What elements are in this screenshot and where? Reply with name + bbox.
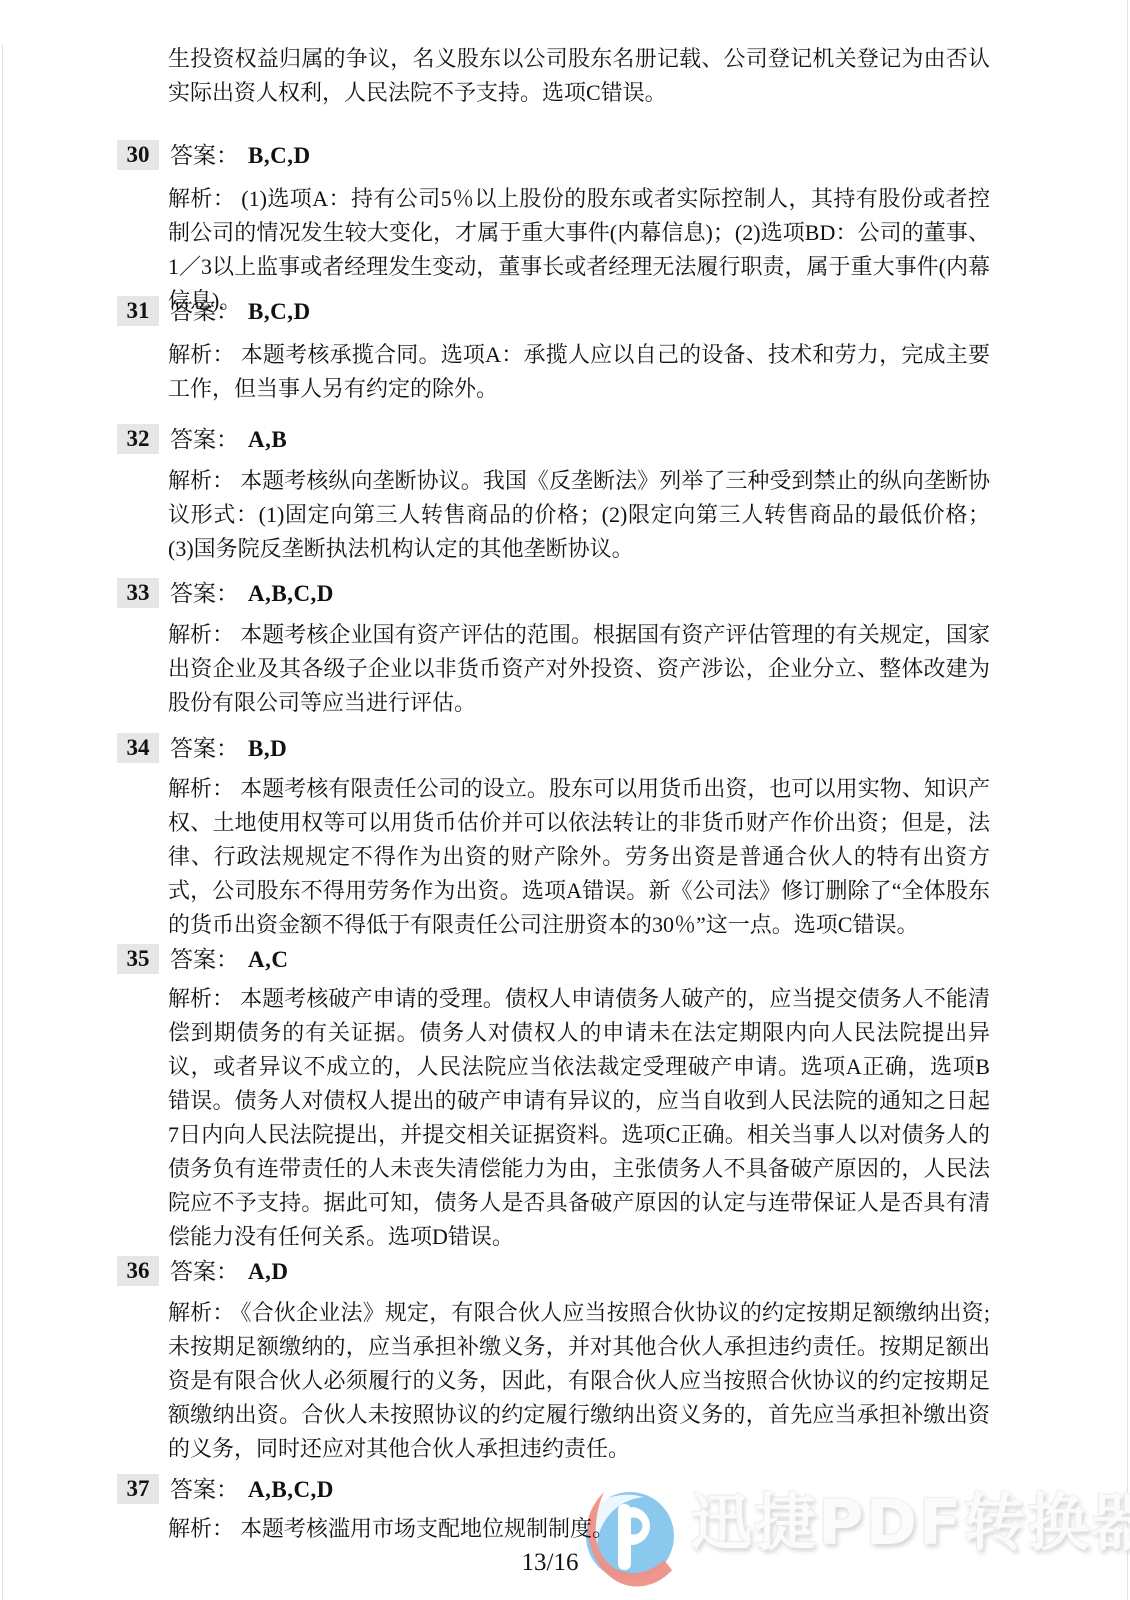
answer-value: B,C,D [248, 143, 311, 168]
answer-label: 答案： [170, 143, 239, 168]
question-number-badge: 35 [117, 944, 159, 974]
answer-line: 答案：B,C,D [170, 141, 311, 171]
analysis-text: 《合伙企业法》规定，有限合伙人应当按照合伙协议的约定按期足额缴纳出资;未按期足额… [168, 1300, 990, 1461]
analysis-paragraph-37: 解析：本题考核滥用市场支配地位规制制度。 [168, 1512, 990, 1546]
analysis-paragraph-36: 解析：《合伙企业法》规定，有限合伙人应当按照合伙协议的约定按期足额缴纳出资;未按… [168, 1296, 990, 1466]
analysis-paragraph-34: 解析：本题考核有限责任公司的设立。股东可以用货币出资，也可以用实物、知识产权、土… [168, 772, 990, 942]
analysis-label: 解析： [168, 1516, 234, 1541]
answer-value: A,C [248, 947, 288, 972]
answer-line: 答案：A,B,C,D [170, 1475, 334, 1505]
analysis-label: 解析： [168, 342, 235, 367]
analysis-paragraph-35: 解析：本题考核破产申请的受理。债权人申请债务人破产的，应当提交债务人不能清偿到期… [168, 982, 990, 1254]
answer-label: 答案： [170, 947, 239, 972]
page-number: 13/16 [465, 1548, 635, 1578]
answer-row-30: 30 答案：B,C,D [0, 140, 1130, 172]
answer-label: 答案： [170, 1259, 239, 1284]
answer-value: B,C,D [248, 299, 311, 324]
answer-label: 答案： [170, 736, 239, 761]
analysis-label: 解析： [168, 468, 234, 493]
answer-value: A,B,C,D [248, 1477, 334, 1502]
analysis-text: (1)选项A：持有公司5％以上股份的股东或者实际控制人，其持有股份或者控制公司的… [168, 186, 990, 313]
analysis-text: 本题考核企业国有资产评估的范围。根据国有资产评估管理的有关规定，国家出资企业及其… [168, 622, 990, 715]
answer-row-34: 34 答案：B,D [0, 733, 1130, 765]
analysis-text: 本题考核纵向垄断协议。我国《反垄断法》列举了三种受到禁止的纵向垄断协议形式：(1… [168, 468, 990, 561]
answer-row-32: 32 答案：A,B [0, 424, 1130, 456]
analysis-label: 解析： [168, 1300, 235, 1325]
continuation-paragraph: 生投资权益归属的争议，名义股东以公司股东名册记载、公司登记机关登记为由否认实际出… [168, 42, 990, 110]
answer-label: 答案： [170, 1477, 239, 1502]
question-number-badge: 36 [117, 1256, 159, 1286]
answer-label: 答案： [170, 427, 239, 452]
analysis-label: 解析： [168, 622, 234, 647]
question-number-badge: 31 [117, 296, 159, 326]
answer-row-31: 31 答案：B,C,D [0, 296, 1130, 328]
analysis-text: 本题考核有限责任公司的设立。股东可以用货币出资，也可以用实物、知识产权、土地使用… [168, 776, 990, 937]
answer-row-36: 36 答案：A,D [0, 1256, 1130, 1288]
page-edge-right [1127, 0, 1128, 1600]
answer-line: 答案：B,D [170, 734, 287, 764]
answer-label: 答案： [170, 299, 239, 324]
continuation-text: 生投资权益归属的争议，名义股东以公司股东名册记载、公司登记机关登记为由否认实际出… [168, 46, 990, 105]
question-number-badge: 37 [117, 1474, 159, 1504]
pdf-document-page: { "page": { "continuation_text": "生投资权益归… [0, 0, 1130, 1600]
analysis-paragraph-31: 解析：本题考核承揽合同。选项A：承揽人应以自己的设备、技术和劳力，完成主要工作，… [168, 338, 990, 406]
analysis-label: 解析： [168, 776, 234, 801]
analysis-text: 本题考核承揽合同。选项A：承揽人应以自己的设备、技术和劳力，完成主要工作，但当事… [168, 342, 990, 401]
analysis-text: 本题考核破产申请的受理。债权人申请债务人破产的，应当提交债务人不能清偿到期债务的… [168, 986, 990, 1249]
question-number-badge: 34 [117, 733, 159, 763]
answer-line: 答案：B,C,D [170, 297, 311, 327]
answer-value: B,D [248, 736, 287, 761]
answer-row-37: 37 答案：A,B,C,D [0, 1474, 1130, 1506]
answer-value: A,B [248, 427, 287, 452]
answer-line: 答案：A,D [170, 1257, 288, 1287]
page-edge-left [2, 44, 3, 1600]
analysis-text: 本题考核滥用市场支配地位规制制度。 [240, 1516, 614, 1541]
analysis-paragraph-33: 解析：本题考核企业国有资产评估的范围。根据国有资产评估管理的有关规定，国家出资企… [168, 618, 990, 720]
question-number-badge: 32 [117, 424, 159, 454]
analysis-label: 解析： [168, 186, 235, 211]
analysis-paragraph-32: 解析：本题考核纵向垄断协议。我国《反垄断法》列举了三种受到禁止的纵向垄断协议形式… [168, 464, 990, 566]
question-number-badge: 30 [117, 140, 159, 170]
answer-row-33: 33 答案：A,B,C,D [0, 578, 1130, 610]
answer-value: A,B,C,D [248, 581, 334, 606]
answer-value: A,D [248, 1259, 288, 1284]
answer-line: 答案：A,B [170, 425, 287, 455]
answer-line: 答案：A,B,C,D [170, 579, 334, 609]
answer-label: 答案： [170, 581, 239, 606]
question-number-badge: 33 [117, 578, 159, 608]
answer-line: 答案：A,C [170, 945, 288, 975]
analysis-label: 解析： [168, 986, 234, 1011]
answer-row-35: 35 答案：A,C [0, 944, 1130, 976]
